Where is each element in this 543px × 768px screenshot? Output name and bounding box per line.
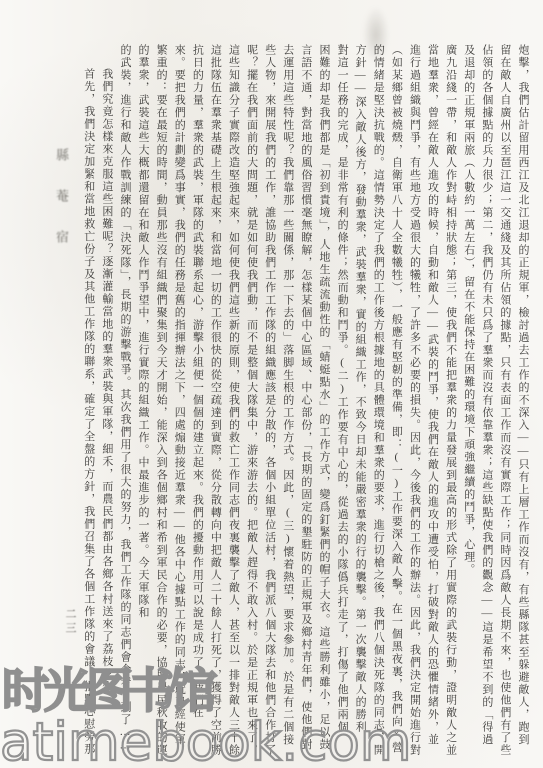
text-column: 廣九沿綫一帶，和敵人作對峙相持狀態；第三，使我們不能把羣衆的力量發展到最高的形式…: [442, 44, 460, 758]
text-column: 當地羣衆，曾經在敵人進攻的時候，自動和敵人——武裝的鬥爭，使我們在敵人的進攻中遭…: [423, 44, 441, 758]
text-column: 困難的却是我們都是「初到貴境」，人地生疏流動性的「蜻蜓點水」的工作方式，變爲釘緊…: [315, 44, 333, 758]
text-column: 對這一任務的完成，是非常有利的條件；然而動和鬥爭。(二)工作要有中心的，從過去的…: [333, 44, 351, 758]
text-column: （如某鄉曾被燒燬，自衛軍八十人全數犧牲），一般應有堅韌的準備，即：(一)工作要深…: [387, 44, 405, 758]
watermark-cjk-text: 时光图书馆: [2, 654, 212, 721]
text-column: 佔領的各個據點的兵力很少；第二，我們仍有未只爲了羣衆而沒有依靠羣衆；這些缺點使我…: [478, 44, 496, 758]
gutter-title-label: 縣菴宿: [52, 148, 71, 318]
text-column: 來。要把我們的計劃變爲事實，我們的任務是舊的指揮辦法之下，四處煽動接近羣衆——他…: [170, 44, 188, 758]
text-column: 留在敵人自廣州以至琶江這一交通綫及其所佔領的據點，只有表面工作而沒有實際工作；同…: [496, 44, 514, 758]
text-column: 言語不通，對當地的風俗習慣毫無瞭解，怎樣某個中心區域、中心部份，「長期的固定的墾…: [297, 44, 315, 758]
text-column: 這些知識分子實際改造堅強起來，如何使我們這些新的原則，使我們的救亡工作同志們夜裏…: [224, 44, 242, 758]
text-column: 的武裝，進行和敵人作戰訓練的「決死隊」，長期的游擊戰爭。其次我們用了很大的努力，…: [116, 44, 134, 758]
text-column: 些人物，來開展我們的工作，誰協助我們工作工作隊的組織應該是分散的，各個小組單位活…: [261, 44, 279, 758]
document-text-block: 炮擊，我們估計留用西江及北江退却的正規軍，檢討過去工作的不深入——只有上層工作而…: [80, 44, 532, 758]
text-column: 呢？擺在我們面前的大問題，就是如何使我們動，而不是整個大隊集中，游來游去的。把敵…: [243, 44, 261, 758]
page-number: 二三: [62, 608, 78, 636]
text-column: 抗日的力量，羣衆的武裝，軍隊的武裝聯系起心，游擊小組便一個個的建立起來。我們的擾…: [188, 44, 206, 758]
text-column: 去運用這些特性呢？我們靠那一些關係，那一下去的」落脚生根的工作方式。因此，(三)…: [279, 44, 297, 758]
text-column: 的羣衆，武裝這些大概都還留在和敵人作鬥爭望中，進行實際的組織工作。中最進步的一著…: [134, 44, 152, 758]
text-column: 繁重的：要在最短的時間，動員那些沒有組織們聚集到今天才開始，能深入到各個鄉村和希…: [152, 44, 170, 758]
text-column: 方針——深入敵人後方，發動羣衆，武裝羣衆，實的組織工作，不致今日却未能嚴密羣衆的…: [351, 44, 369, 758]
text-column-paragraph-start: 首先，我們決定加緊和當地救亡份子及其他工作隊的聯系，確定了全盤的方針，我們召集了…: [80, 44, 98, 758]
text-column-paragraph-start: 我們究竟怎樣來克服這些困難呢？逐漸灌輸當地的羣衆武裝與軍隊，細禾，而農民們都由各…: [98, 44, 116, 758]
watermark-site-url: atimebook.com: [0, 712, 411, 768]
text-column: 進行過組織與鬥爭，有些地方受過很大的犧牲，了許多不必要的損失。因此，今後我們的工…: [405, 44, 423, 758]
text-column: 這批隊伍在羣衆基礎上生根起來，和當地一切的工作很快的從空疏達到實際，從分散轉向中…: [206, 44, 224, 758]
text-column: 炮擊，我們估計留用西江及北江退却的正規軍，檢討過去工作的不深入——只有上層工作而…: [514, 44, 532, 758]
text-column: 的情緒是堅決抗戰的。這情勢決定了我們的工作後方根據地的具體環境和羣衆的要求，進行…: [369, 44, 387, 758]
text-column: 及退却的正規軍兩旅（人數約一萬左右），留在不能保持在困難的環境下頑強繼續的鬥爭，…: [460, 44, 478, 758]
